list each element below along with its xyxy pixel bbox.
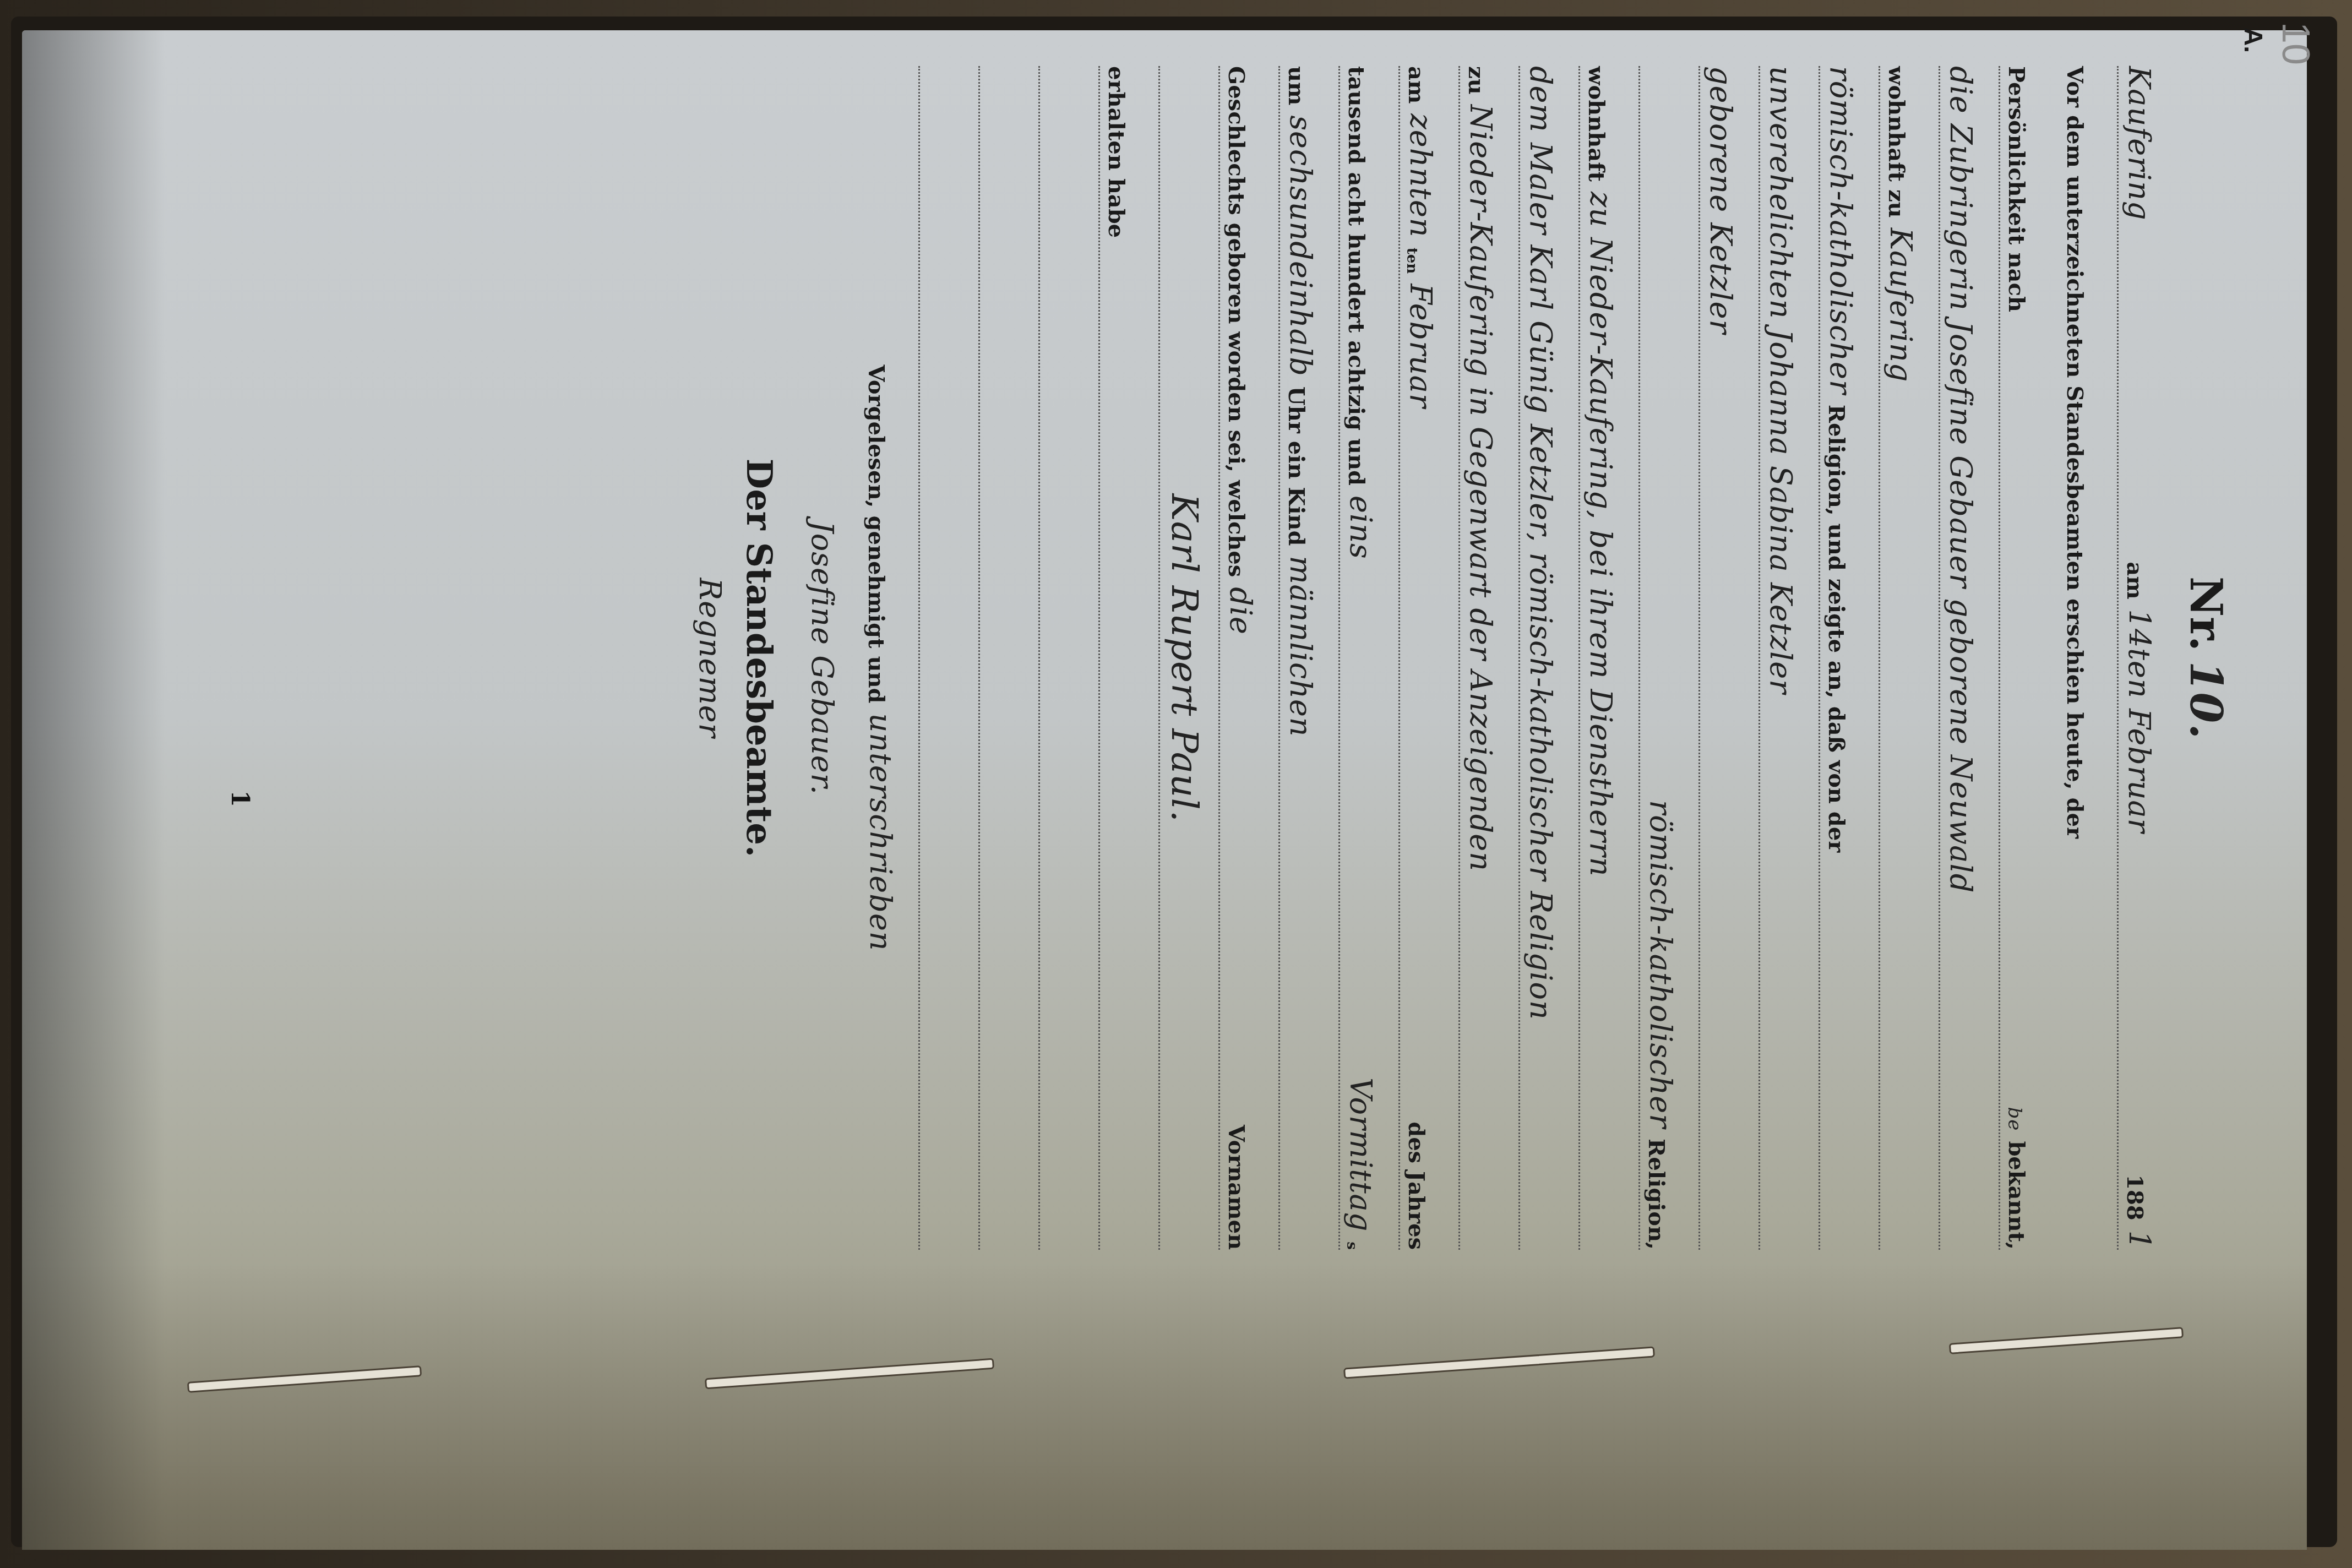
printed-vornamen: Vornamen	[1223, 1125, 1249, 1250]
handwritten-year-digit: 1	[2122, 1231, 2157, 1250]
handwritten-unterschrieben: unterschrieben	[863, 714, 898, 951]
handwritten-month: Februar	[1403, 284, 1438, 409]
printed-bekannt: bekannt,	[2003, 1141, 2029, 1250]
birth-register-form: 10 A. Nr. 10. Kaufering am 14ten Februar…	[429, 66, 2246, 1250]
printed-intro: Vor dem unterzeichneten Standesbeamten e…	[2062, 66, 2088, 839]
handwritten-date: 14ten Februar	[2122, 609, 2157, 834]
entry-number-row: Nr. 10.	[2177, 66, 2246, 1250]
line-year: tausend acht hundert achtzig und eins Vo…	[1338, 66, 1398, 1250]
line-personality: Persönlichkeit nach be bekannt,	[1999, 66, 2059, 1250]
printed-year-prefix: 188	[2122, 1174, 2148, 1221]
line-birthplace: zu Nieder-Kaufering in Gegenwart der Anz…	[1458, 66, 1518, 1250]
handwritten-child-name: Karl Rupert Paul.	[1163, 493, 1206, 822]
page-number: 1	[226, 790, 254, 807]
handwritten-residence-2: zu Nieder-Kaufering, bei ihrem Diensther…	[1583, 192, 1618, 876]
handwritten-year-unit: eins	[1343, 496, 1378, 559]
handwritten-religion: römisch-katholischer	[1823, 66, 1858, 395]
handwritten-birthplace: Nieder-Kaufering in Gegenwart der Anzeig…	[1463, 105, 1498, 872]
handwritten-time-of-day: Vormittag	[1343, 1077, 1378, 1232]
line-vorgelesen: Vorgelesen, genehmigt und unterschrieben	[860, 66, 918, 1250]
entry-number-label: Nr.	[2180, 576, 2232, 651]
informant-signature: Josefine Gebauer.	[805, 521, 840, 795]
page-shadow-bottom	[22, 1264, 2307, 1550]
handwritten-day: zehnten	[1403, 113, 1438, 237]
pencil-number: 10	[2274, 22, 2318, 65]
entry-number: 10.	[2180, 661, 2232, 739]
printed-s: s	[1343, 1242, 1360, 1250]
line-child-name: Karl Rupert Paul.	[1158, 66, 1218, 1250]
line-informant: die Zubringerin Josefine Gebauer geboren…	[1939, 66, 1999, 1250]
registrar-title: Der Standesbeamte.	[738, 66, 780, 1250]
handwritten-die: die	[1223, 587, 1258, 635]
handwritten-be: be	[2003, 1107, 2026, 1131]
printed-religion: Religion,	[1643, 1139, 1669, 1250]
line-employer: dem Maler Karl Günig Ketzler, römisch-ka…	[1518, 66, 1578, 1250]
handwritten-mother-born: geborene Ketzler	[1703, 66, 1738, 334]
printed-erhalten-habe: erhalten habe	[1103, 66, 1129, 238]
printed-ten: ten	[1403, 248, 1420, 274]
printed-wohnhaft-2: wohnhaft	[1583, 66, 1609, 182]
line-mother: unverehelichten Johanna Sabina Ketzler	[1758, 66, 1819, 1250]
printed-uhr-kind: Uhr ein Kind	[1283, 386, 1309, 546]
printed-am: am	[2122, 562, 2148, 599]
printed-des-jahres: des Jahres	[1403, 1121, 1429, 1250]
line-place-date: Kaufering am 14ten Februar 188 1	[2117, 66, 2177, 1250]
printed-zu: zu	[1463, 66, 1489, 95]
handwritten-hour: sechsundeinhalb	[1283, 115, 1318, 376]
printed-wohnhaft: wohnhaft zu	[1883, 66, 1909, 218]
handwritten-religion-2: römisch-katholischer	[1643, 800, 1678, 1129]
blank-line	[978, 66, 1038, 1250]
line-residence: wohnhaft zu Kaufering	[1879, 66, 1939, 1250]
line-erhalten: erhalten habe	[1098, 66, 1158, 1250]
handwritten-informant: die Zubringerin Josefine Gebauer geboren…	[1943, 66, 1978, 893]
handwritten-place: Kaufering	[2122, 66, 2157, 221]
registrar-block: Der Standesbeamte. Regnemer	[693, 66, 780, 1250]
line-informant-signature: Josefine Gebauer.	[802, 66, 860, 1250]
printed-year-words: tausend acht hundert achtzig und	[1343, 66, 1369, 486]
printed-am-2: am	[1403, 66, 1429, 104]
handwritten-sex: männlichen	[1283, 556, 1318, 737]
blank-line	[918, 66, 978, 1250]
line-birth-date: am zehnten ten Februar des Jahres	[1398, 66, 1458, 1250]
printed-religion-declare: Religion, und zeigte an, daß von der	[1823, 405, 1849, 853]
blank-line	[1038, 66, 1098, 1250]
printed-vorgelesen: Vorgelesen, genehmigt und	[863, 364, 889, 703]
printed-personality: Persönlichkeit nach	[2003, 66, 2029, 312]
printed-geschlechts: Geschlechts geboren worden sei, welches	[1223, 66, 1249, 577]
line-wohnhaft-2: wohnhaft zu Nieder-Kaufering, bei ihrem …	[1578, 66, 1638, 1250]
line-mother-born: geborene Ketzler	[1698, 66, 1758, 1250]
line-religion-1: römisch-katholischer Religion, und zeigt…	[1819, 66, 1879, 1250]
line-gender: Geschlechts geboren worden sei, welches …	[1218, 66, 1278, 1250]
handwritten-employer: dem Maler Karl Günig Ketzler, römisch-ka…	[1523, 66, 1558, 1020]
corner-letter: A.	[2239, 28, 2268, 53]
handwritten-residence: Kaufering	[1883, 228, 1918, 383]
printed-um: um	[1283, 66, 1309, 105]
registrar-signature: Regnemer	[693, 66, 727, 1250]
handwritten-mother: unverehelichten Johanna Sabina Ketzler	[1763, 66, 1798, 694]
line-hour: um sechsundeinhalb Uhr ein Kind männlich…	[1278, 66, 1338, 1250]
line-intro: Vor dem unterzeichneten Standesbeamten e…	[2059, 66, 2117, 1250]
line-religion-2: römisch-katholischer Religion,	[1638, 66, 1698, 1250]
